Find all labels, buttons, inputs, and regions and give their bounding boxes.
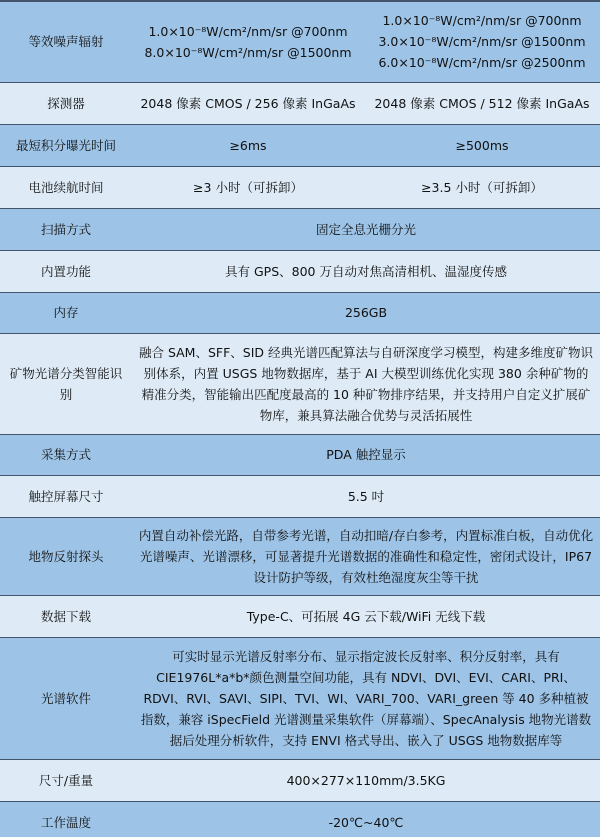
row-value: 固定全息光栅分光 <box>132 208 600 250</box>
value-model-a: 2048 像素 CMOS / 256 像素 InGaAs <box>132 82 364 124</box>
row-value: -20℃~40℃ <box>132 801 600 837</box>
row-reflectance-probe: 地物反射探头 内置自动补偿光路，自带参考光谱，自动扣暗/存白参考，内置标准白板，… <box>0 517 600 595</box>
row-noise-radiance: 等效噪声辐射 1.0×10⁻⁸W/cm²/nm/sr @700nm 8.0×10… <box>0 1 600 82</box>
row-mineral-classification: 矿物光谱分类智能识别 融合 SAM、SFF、SID 经典光谱匹配算法与自研深度学… <box>0 333 600 434</box>
value-line: 3.0×10⁻⁸W/cm²/nm/sr @1500nm <box>370 31 594 52</box>
row-spectral-software: 光谱软件 可实时显示光谱反射率分布、显示指定波长反射率、积分反射率，具有 CIE… <box>0 637 600 759</box>
row-value: 256GB <box>132 292 600 333</box>
value-model-a: 1.0×10⁻⁸W/cm²/nm/sr @700nm 8.0×10⁻⁸W/cm²… <box>132 1 364 82</box>
row-value: Type-C、可拓展 4G 云下载/WiFi 无线下载 <box>132 595 600 637</box>
row-label: 电池续航时间 <box>0 166 132 208</box>
row-label: 探测器 <box>0 82 132 124</box>
row-label: 矿物光谱分类智能识别 <box>0 333 132 434</box>
row-detector: 探测器 2048 像素 CMOS / 256 像素 InGaAs 2048 像素… <box>0 82 600 124</box>
row-label: 扫描方式 <box>0 208 132 250</box>
row-value: 400×277×110mm/3.5KG <box>132 759 600 801</box>
row-label: 尺寸/重量 <box>0 759 132 801</box>
row-label: 内存 <box>0 292 132 333</box>
row-value: 具有 GPS、800 万自动对焦高清相机、温湿度传感 <box>132 250 600 292</box>
row-battery-life: 电池续航时间 ≥3 小时（可拆卸） ≥3.5 小时（可拆卸） <box>0 166 600 208</box>
row-value: 融合 SAM、SFF、SID 经典光谱匹配算法与自研深度学习模型，构建多维度矿物… <box>132 333 600 434</box>
row-screen-size: 触控屏幕尺寸 5.5 吋 <box>0 475 600 517</box>
row-size-weight: 尺寸/重量 400×277×110mm/3.5KG <box>0 759 600 801</box>
value-model-a: ≥3 小时（可拆卸） <box>132 166 364 208</box>
row-value: 可实时显示光谱反射率分布、显示指定波长反射率、积分反射率，具有 CIE1976L… <box>132 637 600 759</box>
row-value: 内置自动补偿光路，自带参考光谱，自动扣暗/存白参考，内置标准白板，自动优化光谱噪… <box>132 517 600 595</box>
value-line: 8.0×10⁻⁸W/cm²/nm/sr @1500nm <box>138 42 358 63</box>
row-scanning-method: 扫描方式 固定全息光栅分光 <box>0 208 600 250</box>
row-value: 5.5 吋 <box>132 475 600 517</box>
row-label: 工作温度 <box>0 801 132 837</box>
row-operating-temperature: 工作温度 -20℃~40℃ <box>0 801 600 837</box>
row-memory: 内存 256GB <box>0 292 600 333</box>
row-value: PDA 触控显示 <box>132 434 600 475</box>
row-label: 数据下载 <box>0 595 132 637</box>
value-model-b: ≥3.5 小时（可拆卸） <box>364 166 600 208</box>
row-acquisition-method: 采集方式 PDA 触控显示 <box>0 434 600 475</box>
value-model-b: ≥500ms <box>364 124 600 166</box>
row-label: 等效噪声辐射 <box>0 1 132 82</box>
value-line: 6.0×10⁻⁸W/cm²/nm/sr @2500nm <box>370 52 594 73</box>
row-label: 光谱软件 <box>0 637 132 759</box>
value-line: 1.0×10⁻⁸W/cm²/nm/sr @700nm <box>370 10 594 31</box>
row-integration-time: 最短积分曝光时间 ≥6ms ≥500ms <box>0 124 600 166</box>
row-label: 地物反射探头 <box>0 517 132 595</box>
value-line: 1.0×10⁻⁸W/cm²/nm/sr @700nm <box>138 21 358 42</box>
row-data-download: 数据下载 Type-C、可拓展 4G 云下载/WiFi 无线下载 <box>0 595 600 637</box>
value-model-b: 2048 像素 CMOS / 512 像素 InGaAs <box>364 82 600 124</box>
row-label: 触控屏幕尺寸 <box>0 475 132 517</box>
row-label: 采集方式 <box>0 434 132 475</box>
spec-table: 等效噪声辐射 1.0×10⁻⁸W/cm²/nm/sr @700nm 8.0×10… <box>0 0 600 837</box>
value-model-b: 1.0×10⁻⁸W/cm²/nm/sr @700nm 3.0×10⁻⁸W/cm²… <box>364 1 600 82</box>
row-label: 内置功能 <box>0 250 132 292</box>
row-builtin-functions: 内置功能 具有 GPS、800 万自动对焦高清相机、温湿度传感 <box>0 250 600 292</box>
value-model-a: ≥6ms <box>132 124 364 166</box>
row-label: 最短积分曝光时间 <box>0 124 132 166</box>
